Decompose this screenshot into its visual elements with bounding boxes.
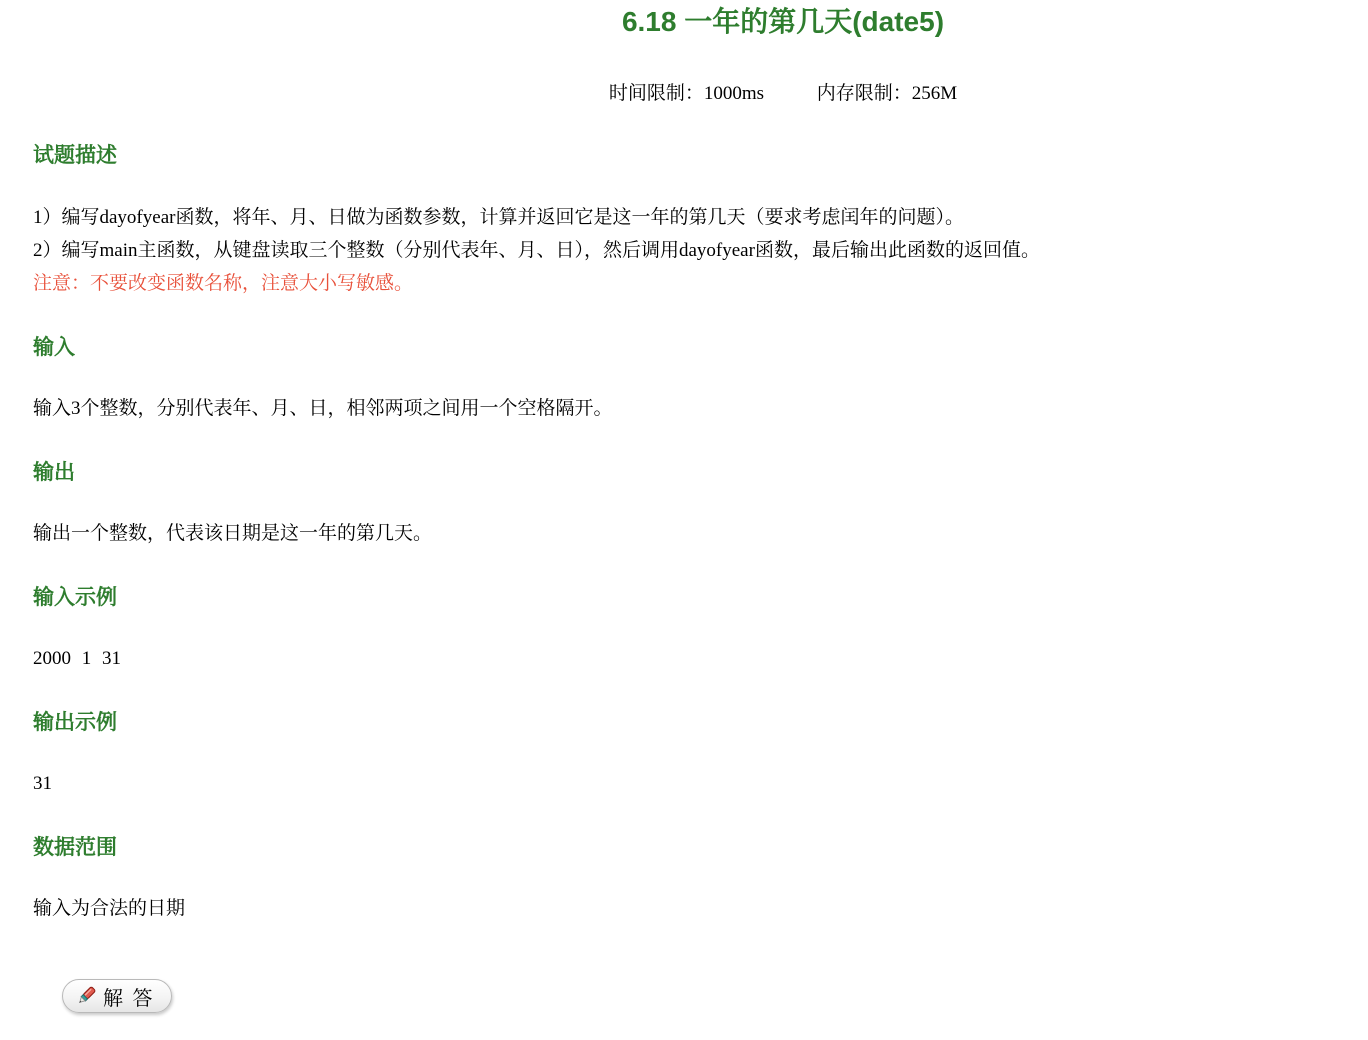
output-example-value: 31 <box>33 767 1368 800</box>
description-note: 注意：不要改变函数名称，注意大小写敏感。 <box>33 267 1368 300</box>
answer-button[interactable]: 解 答 <box>62 979 172 1013</box>
description-line-2: 2）编写main主函数，从键盘读取三个整数（分别代表年、月、日），然后调用day… <box>33 234 1368 267</box>
data-range-description: 输入为合法的日期 <box>33 892 1368 925</box>
answer-row: 解 答 <box>33 979 1368 1013</box>
limits-line: 时间限制：1000ms 内存限制：256M <box>33 80 1368 108</box>
section-heading-input: 输入 <box>33 336 1368 360</box>
section-heading-output-example: 输出示例 <box>33 711 1368 735</box>
section-heading-data-range: 数据范围 <box>33 836 1368 860</box>
input-example-value: 2000 1 31 <box>33 642 1368 675</box>
problem-page: 6.18 一年的第几天(date5) 时间限制：1000ms 内存限制：256M… <box>33 5 1368 1013</box>
section-heading-description: 试题描述 <box>33 144 1368 168</box>
time-limit: 时间限制：1000ms <box>609 83 764 104</box>
section-heading-input-example: 输入示例 <box>33 586 1368 610</box>
pen-icon <box>74 984 98 1008</box>
section-heading-output: 输出 <box>33 461 1368 485</box>
description-text: 1）编写dayofyear函数，将年、月、日做为函数参数，计算并返回它是这一年的… <box>33 201 1368 300</box>
page-title: 6.18 一年的第几天(date5) <box>33 5 1368 39</box>
description-line-1: 1）编写dayofyear函数，将年、月、日做为函数参数，计算并返回它是这一年的… <box>33 201 1368 234</box>
input-description: 输入3个整数，分别代表年、月、日，相邻两项之间用一个空格隔开。 <box>33 392 1368 425</box>
answer-button-label: 解 答 <box>103 982 155 1011</box>
memory-limit: 内存限制：256M <box>817 83 957 104</box>
output-description: 输出一个整数，代表该日期是这一年的第几天。 <box>33 517 1368 550</box>
